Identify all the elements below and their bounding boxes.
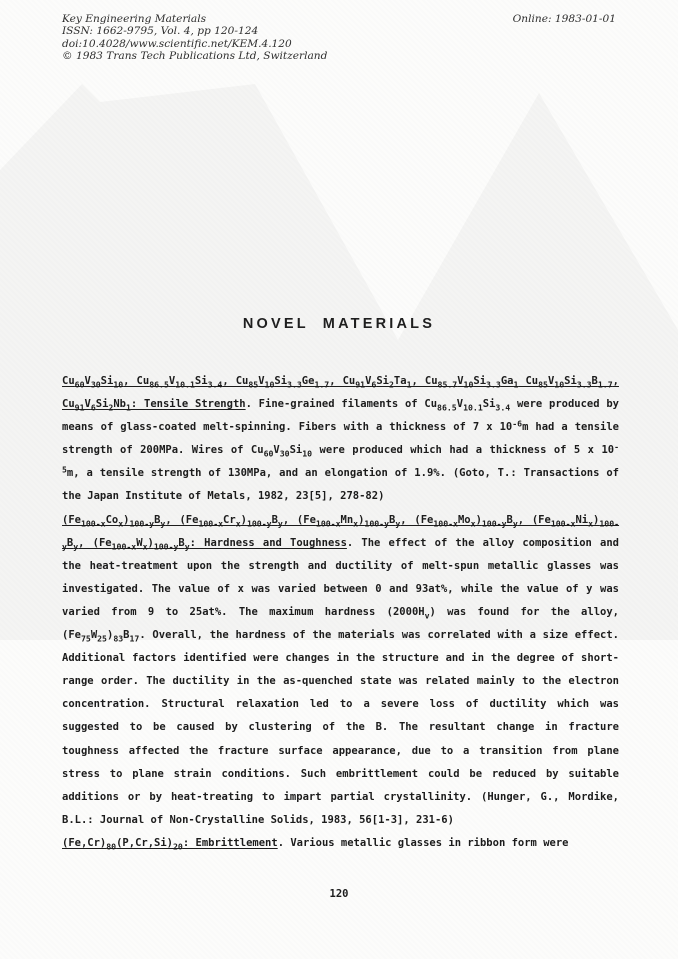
online-date: Online: 1983-01-01 [513, 13, 616, 25]
abstract-entry: (Fe100-xCox)100-yBy, (Fe100-xCrx)100-yBy… [62, 509, 619, 832]
abstracts-block: Cu60V30Si10, Cu86.5V10.1Si3.4, Cu85V10Si… [62, 370, 619, 855]
abstract-entry: Cu60V30Si10, Cu86.5V10.1Si3.4, Cu85V10Si… [62, 370, 619, 509]
journal-header: Key Engineering Materials ISSN: 1662-979… [62, 13, 327, 63]
doi-line: doi:10.4028/www.scientific.net/KEM.4.120 [62, 38, 327, 50]
issn-line: ISSN: 1662-9795, Vol. 4, pp 120-124 [62, 25, 327, 37]
journal-name: Key Engineering Materials [62, 13, 327, 25]
section-title: NOVEL MATERIALS [0, 316, 678, 332]
abstract-entry: (Fe,Cr)80(P,Cr,Si)20: Embrittlement. Var… [62, 832, 619, 855]
copyright-line: © 1983 Trans Tech Publications Ltd, Swit… [62, 50, 327, 62]
page-number: 120 [0, 888, 678, 900]
page-root: { "header": { "journal": "Key Engineerin… [0, 0, 678, 959]
